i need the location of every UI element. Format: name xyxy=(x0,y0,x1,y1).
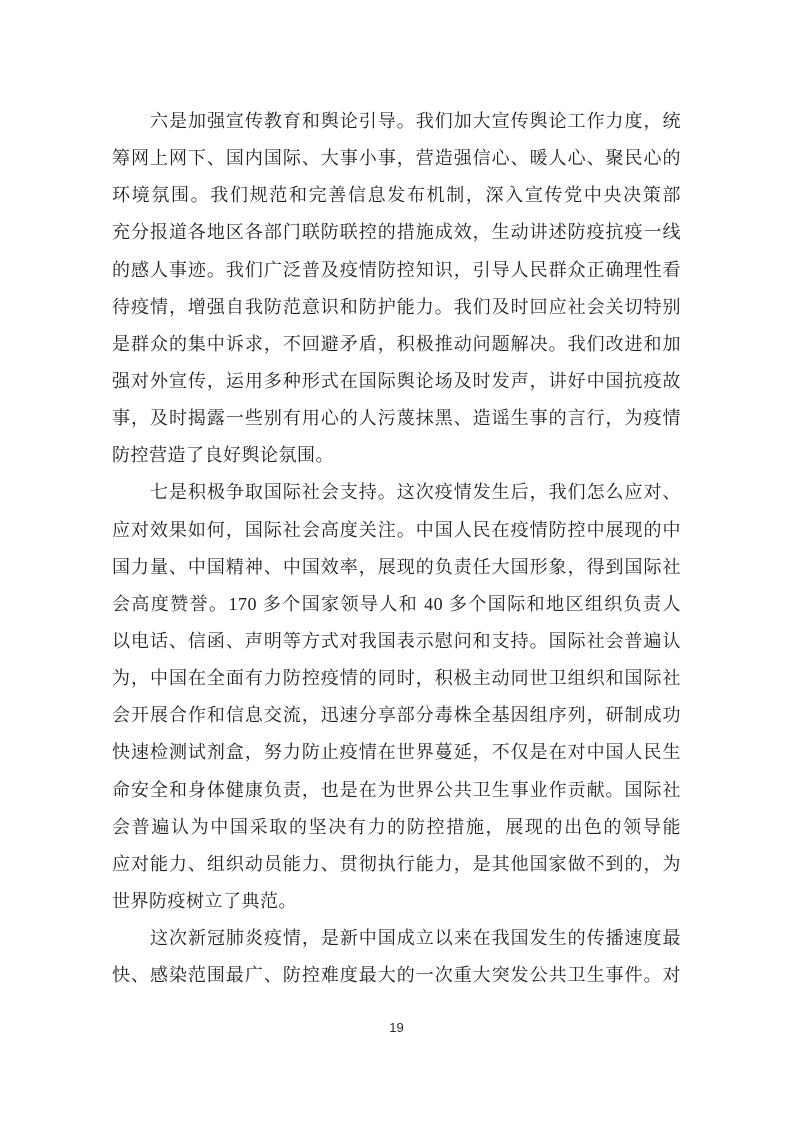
text-line: 会开展合作和信息交流，迅速分享部分毒株全基因组序列，研制成功 xyxy=(112,697,681,734)
text-line: 事，及时揭露一些别有用心的人污蔑抹黑、造谣生事的言行，为疫情 xyxy=(112,400,681,437)
text-line: 世界防疫树立了典范。 xyxy=(112,883,681,920)
text-line: 快、感染范围最广、防控难度最大的一次重大突发公共卫生事件。对 xyxy=(112,957,681,994)
text-line: 以电话、信函、声明等方式对我国表示慰问和支持。国际社会普遍认 xyxy=(112,623,681,660)
text-line: 筹网上网下、国内国际、大事小事，营造强信心、暖人心、聚民心的 xyxy=(112,140,681,177)
text-line: 应对能力、组织动员能力、贯彻执行能力，是其他国家做不到的，为 xyxy=(112,846,681,883)
document-page: 六是加强宣传教育和舆论引导。我们加大宣传舆论工作力度，统 筹网上网下、国内国际、… xyxy=(0,0,793,1122)
paragraph-1: 六是加强宣传教育和舆论引导。我们加大宣传舆论工作力度，统 筹网上网下、国内国际、… xyxy=(112,103,681,474)
text-line: 为，中国在全面有力防控疫情的同时，积极主动同世卫组织和国际社 xyxy=(112,660,681,697)
text-line: 会普遍认为中国采取的坚决有力的防控措施，展现的出色的领导能力、 xyxy=(112,809,681,846)
text-line: 环境氛围。我们规范和完善信息发布机制，深入宣传党中央决策部署， xyxy=(112,177,681,214)
text-line: 命安全和身体健康负责，也是在为世界公共卫生事业作贡献。国际社 xyxy=(112,772,681,809)
page-number: 19 xyxy=(0,1020,793,1035)
text-line: 会高度赞誉。170 多个国家领导人和 40 多个国际和地区组织负责人 xyxy=(112,586,681,623)
text-line: 这次新冠肺炎疫情，是新中国成立以来在我国发生的传播速度最 xyxy=(112,920,681,957)
text-line: 充分报道各地区各部门联防联控的措施成效，生动讲述防疫抗疫一线 xyxy=(112,214,681,251)
text-line: 强对外宣传，运用多种形式在国际舆论场及时发声，讲好中国抗疫故 xyxy=(112,363,681,400)
text-line: 六是加强宣传教育和舆论引导。我们加大宣传舆论工作力度，统 xyxy=(112,103,681,140)
text-line: 是群众的集中诉求，不回避矛盾，积极推动问题解决。我们改进和加 xyxy=(112,326,681,363)
paragraph-3: 这次新冠肺炎疫情，是新中国成立以来在我国发生的传播速度最 快、感染范围最广、防控… xyxy=(112,920,681,994)
text-line: 应对效果如何，国际社会高度关注。中国人民在疫情防控中展现的中 xyxy=(112,512,681,549)
page-body-text: 六是加强宣传教育和舆论引导。我们加大宣传舆论工作力度，统 筹网上网下、国内国际、… xyxy=(112,103,681,994)
paragraph-2: 七是积极争取国际社会支持。这次疫情发生后，我们怎么应对、 应对效果如何，国际社会… xyxy=(112,474,681,920)
text-line: 待疫情，增强自我防范意识和防护能力。我们及时回应社会关切特别 xyxy=(112,289,681,326)
text-line: 快速检测试剂盒，努力防止疫情在世界蔓延，不仅是在对中国人民生 xyxy=(112,734,681,771)
text-line: 国力量、中国精神、中国效率，展现的负责任大国形象，得到国际社 xyxy=(112,549,681,586)
text-line: 七是积极争取国际社会支持。这次疫情发生后，我们怎么应对、 xyxy=(112,474,681,511)
text-line: 的感人事迹。我们广泛普及疫情防控知识，引导人民群众正确理性看 xyxy=(112,252,681,289)
text-line: 防控营造了良好舆论氛围。 xyxy=(112,437,681,474)
